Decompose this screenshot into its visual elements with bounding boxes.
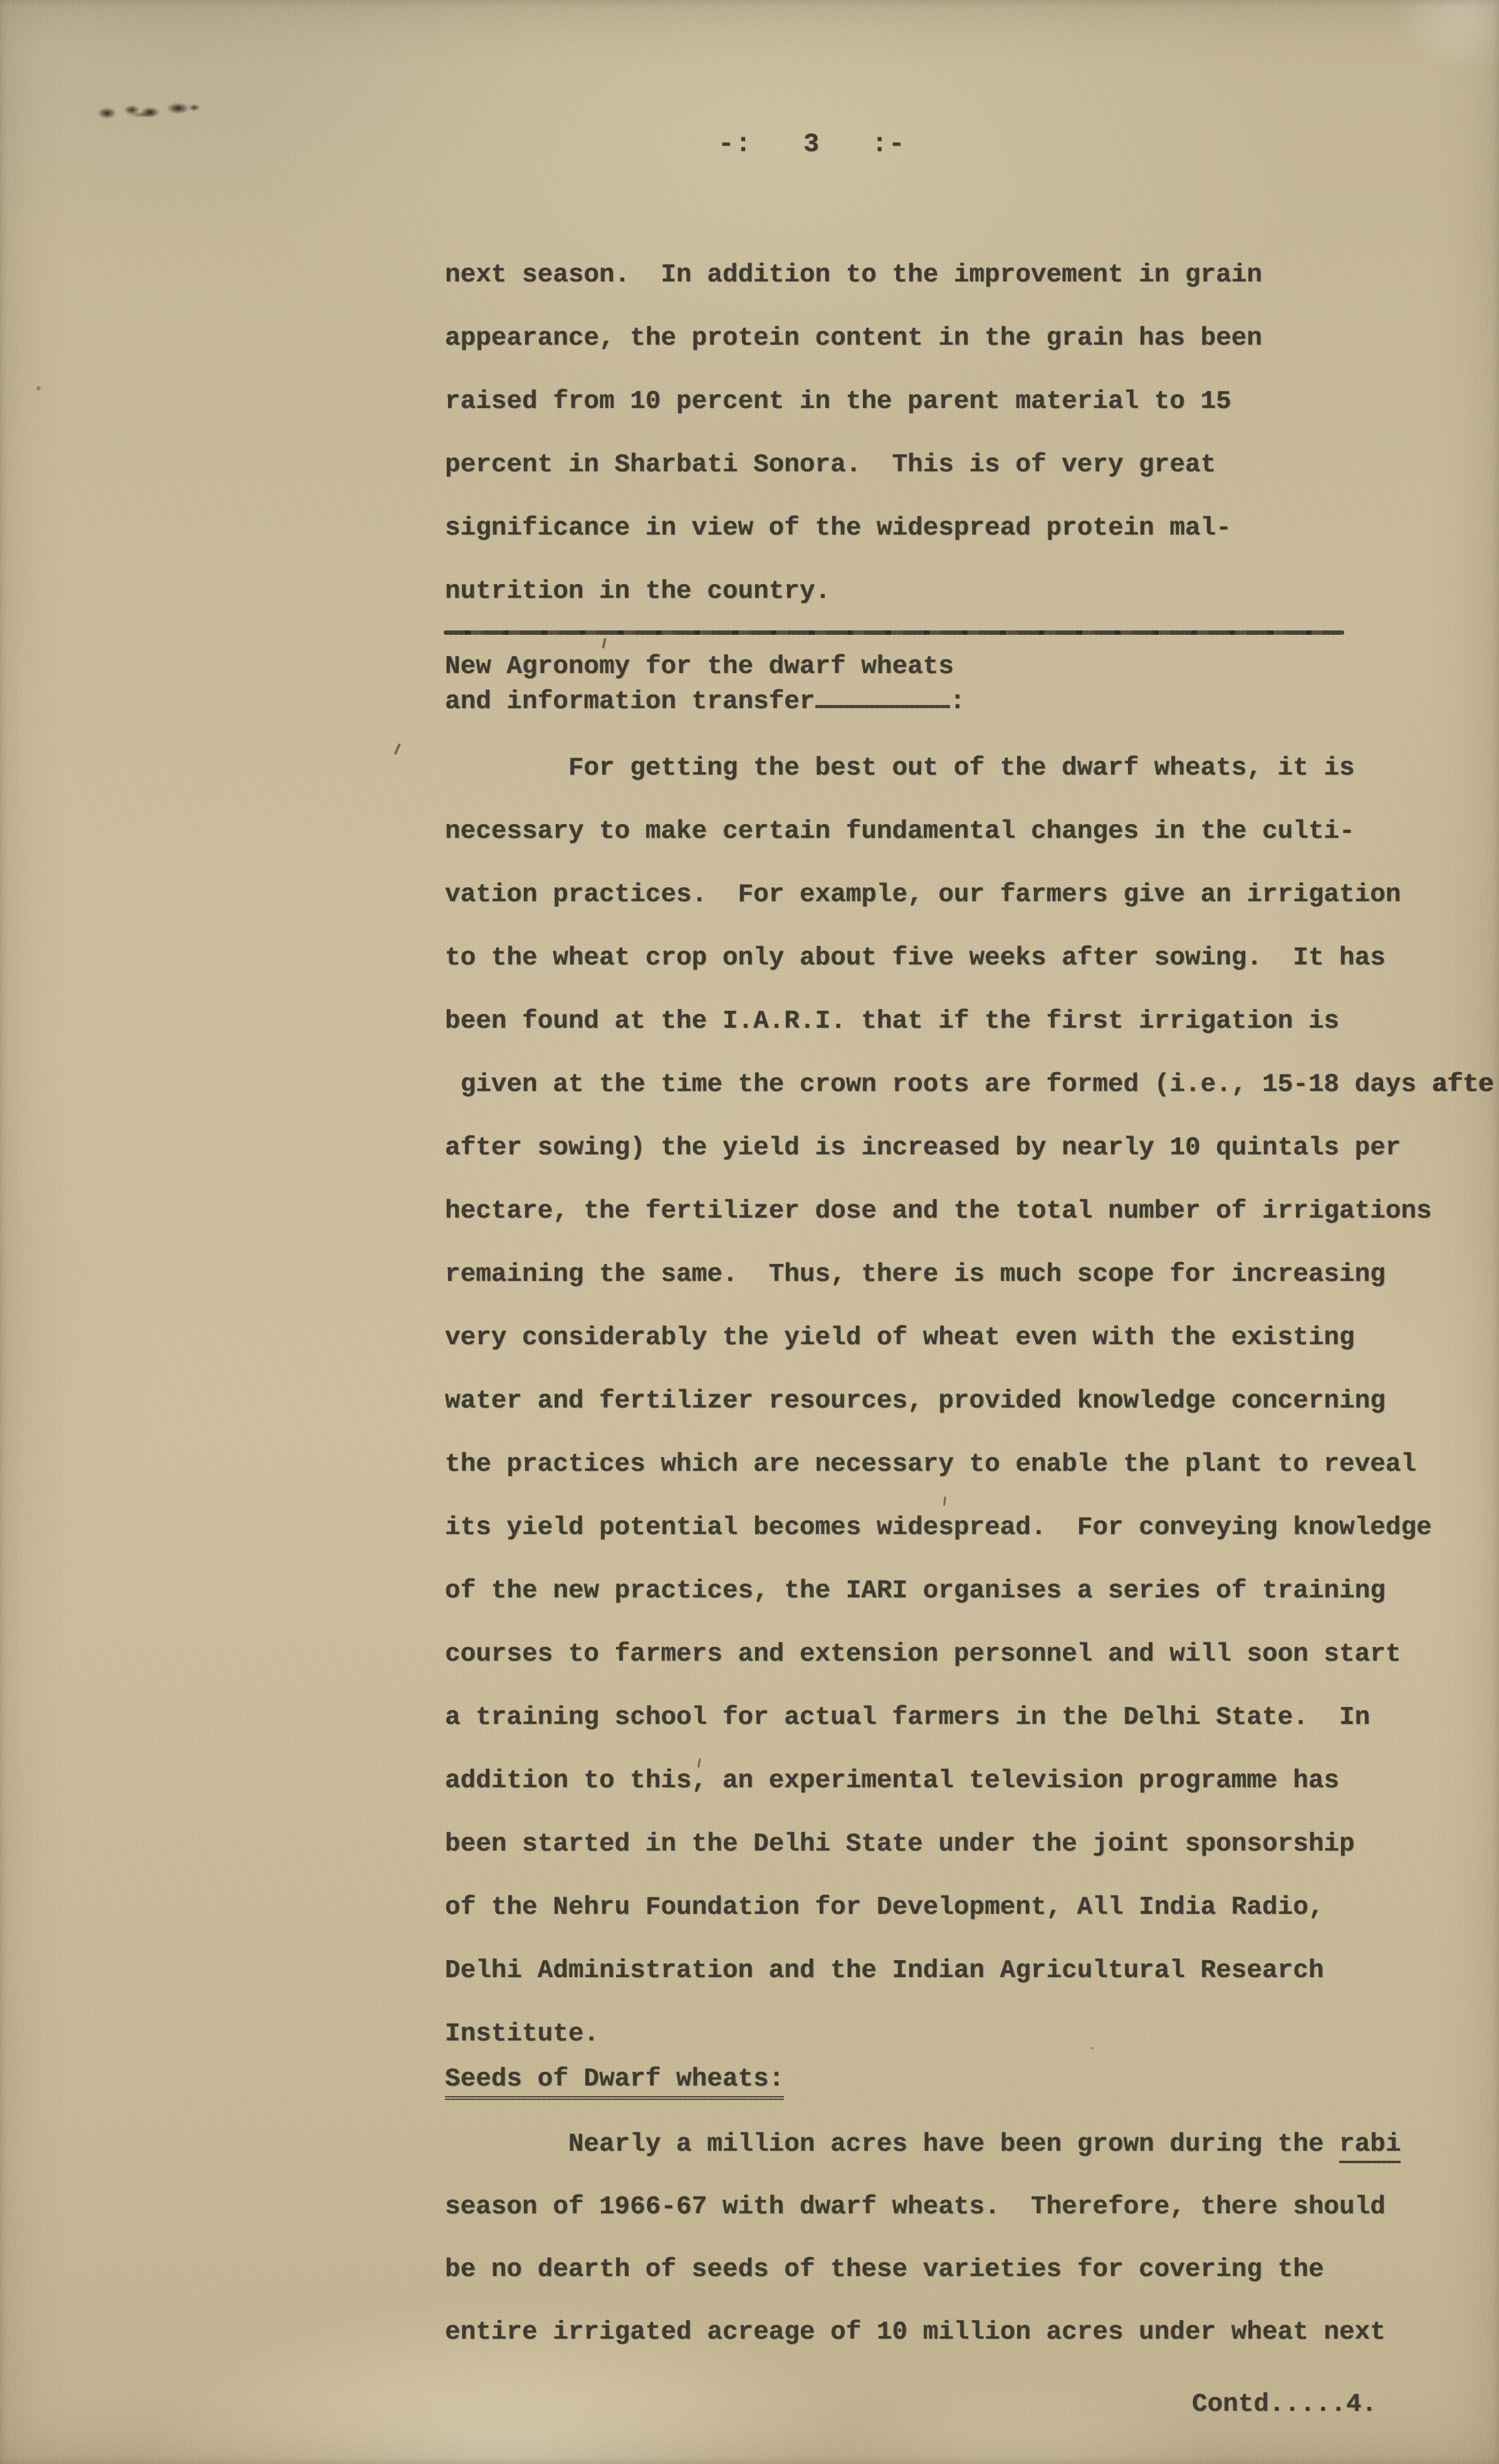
text-line: a training school for actual farmers in … (445, 1686, 1493, 1750)
underlined-heading-text: Seeds of Dwarf wheats: (445, 2065, 784, 2100)
paragraph-agronomy: For getting the best out of the dwarf wh… (445, 737, 1493, 2066)
text-line: its yield potential becomes widespread. … (445, 1496, 1493, 1560)
text-line: For getting the best out of the dwarf wh… (445, 737, 1493, 800)
text-line: vation practices. For example, our farme… (445, 864, 1493, 927)
paragraph-protein: next season. In addition to the improvem… (445, 244, 1262, 624)
text-line: courses to farmers and extension personn… (445, 1623, 1493, 1686)
text-line: the practices which are necessary to ena… (445, 1433, 1493, 1496)
text-line: Nearly a million acres have been grown d… (445, 2113, 1401, 2176)
stray-pen-tick (394, 743, 400, 755)
text-line: raised from 10 percent in the parent mat… (445, 370, 1262, 434)
text-line: entire irrigated acreage of 10 million a… (445, 2301, 1401, 2364)
text-line-clipped: given at the time the crown roots are fo… (445, 1053, 1493, 1117)
heading-text: and information transfer (445, 687, 815, 716)
text-line: season of 1966-67 with dwarf wheats. The… (445, 2176, 1401, 2238)
text-line: next season. In addition to the improvem… (445, 244, 1262, 307)
text-segment: given at the time the crown roots are fo… (445, 1070, 1432, 1099)
text-line: hectare, the fertilizer dose and the tot… (445, 1180, 1493, 1243)
text-line: addition to this, an experimental televi… (445, 1750, 1493, 1813)
heading-line: Seeds of Dwarf wheats: (445, 2063, 784, 2096)
text-line: water and fertilizer resources, provided… (445, 1370, 1493, 1433)
text-line: been started in the Delhi State under th… (445, 1813, 1493, 1876)
underline-fill (815, 686, 950, 708)
text-line: nutrition in the country. (445, 560, 1262, 624)
horizontal-rule (444, 630, 1344, 635)
text-line: after sowing) the yield is increased by … (445, 1117, 1493, 1180)
paper-speck (1090, 2047, 1094, 2050)
text-line: remaining the same. Thus, there is much … (445, 1243, 1493, 1307)
continuation-note: Contd.....4. (1192, 2389, 1377, 2420)
text-line: been found at the I.A.R.I. that if the f… (445, 990, 1493, 1053)
text-line: be no dearth of seeds of these varieties… (445, 2238, 1401, 2301)
section-heading-agronomy: New Agronomy for the dwarf wheats and in… (445, 649, 965, 719)
paragraph-seeds: Nearly a million acres have been grown d… (445, 2113, 1401, 2364)
text-line: appearance, the protein content in the g… (445, 307, 1262, 370)
section-heading-seeds: Seeds of Dwarf wheats: (445, 2063, 784, 2096)
underlined-word-rabi: rabi (1339, 2130, 1401, 2163)
text-line: Delhi Administration and the Indian Agri… (445, 1939, 1493, 2003)
text-line: of the Nehru Foundation for Development,… (445, 1876, 1493, 1939)
ink-blot-mark (94, 95, 202, 128)
text-line: to the wheat crop only about five weeks … (445, 927, 1493, 990)
paper-speck (36, 386, 41, 390)
heading-colon: : (950, 687, 966, 716)
page-number: -: 3 :- (718, 128, 906, 160)
text-line: of the new practices, the IARI organises… (445, 1560, 1493, 1623)
text-segment: Nearly a million acres have been grown d… (445, 2130, 1339, 2159)
text-line: necessary to make certain fundamental ch… (445, 800, 1493, 864)
cutoff-word: afte (1432, 1070, 1493, 1099)
stray-pen-tick (602, 638, 606, 649)
document-page: -: 3 :- next season. In addition to the … (0, 0, 1499, 2464)
text-line: percent in Sharbati Sonora. This is of v… (445, 434, 1262, 497)
text-line: significance in view of the widespread p… (445, 497, 1262, 560)
text-line: Institute. (445, 2003, 1493, 2066)
text-line: very considerably the yield of wheat eve… (445, 1307, 1493, 1370)
heading-line: New Agronomy for the dwarf wheats (445, 649, 965, 684)
heading-line: and information transfer: (445, 684, 965, 719)
